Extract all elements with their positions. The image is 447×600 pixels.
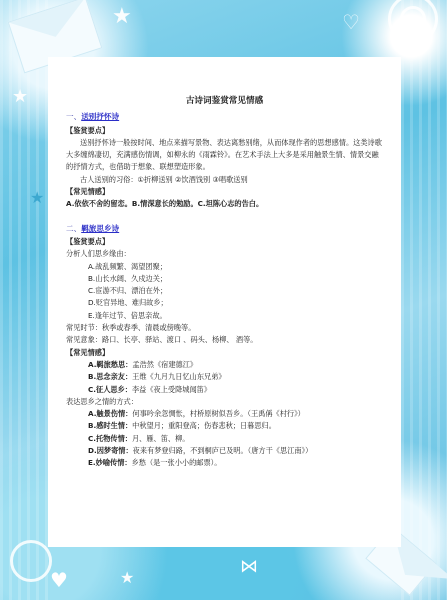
method-item-label: D.因梦寄情： <box>88 446 133 455</box>
emotion-item-label: A.羁旅愁思： <box>88 360 132 369</box>
star-decoration-icon: ★ <box>120 570 134 586</box>
method-item: A.触景伤情：何事吟余忽惆怅，村桥原树似吾乡。（王禹偁《村行》） <box>66 408 383 420</box>
reason-item: E.逢年过节、倍思亲故。 <box>66 310 383 322</box>
customs-line: 古人送别的习俗：①折柳送别 ②饮酒饯别 ③唱歌送别 <box>66 174 383 186</box>
section-heading-link[interactable]: 羁旅思乡诗 <box>81 224 119 233</box>
emotion-item: C.征人思乡：李益《夜上受降城闻笛》 <box>66 384 383 396</box>
emotion-item-label: C.征人思乡： <box>88 385 132 394</box>
star-decoration-icon: ★ <box>112 6 132 28</box>
emotion-item-text: 李益《夜上受降城闻笛》 <box>132 385 211 394</box>
star-decoration-icon: ★ <box>12 88 28 106</box>
appreciation-label: 【鉴赏要点】 <box>66 125 383 137</box>
method-item-label: B.感时生情： <box>88 421 132 430</box>
method-item-label: C.托物传情： <box>88 434 132 443</box>
heart-decoration-icon: ♥ <box>50 568 68 592</box>
section-number: 一、 <box>66 112 81 121</box>
section-gap <box>66 211 383 221</box>
emotion-item: B.思念亲友：王维《九月九日忆山东兄弟》 <box>66 371 383 383</box>
emotion-item-label: B.思念亲友： <box>88 372 132 381</box>
document-page: 古诗词鉴赏常见情感 一、送别抒怀诗 【鉴赏要点】 送别抒怀诗一般按时间、地点来描… <box>48 57 401 547</box>
emotion-item: A.羁旅愁思：孟浩然《宿建德江》 <box>66 359 383 371</box>
emotion-item-text: 孟浩然《宿建德江》 <box>132 360 197 369</box>
emotions-label: 【常见情感】 <box>66 186 383 198</box>
method-item: C.托物传情：月、雁、笛、柳。 <box>66 433 383 445</box>
bow-decoration-icon: ⋈ <box>240 556 258 577</box>
section-heading: 一、送别抒怀诗 <box>66 111 383 123</box>
method-item-text: 中秋望月；重阳登高；伤春悲秋；日暮思归。 <box>132 421 276 430</box>
section-heading: 二、羁旅思乡诗 <box>66 223 383 235</box>
heart-decoration-icon: ♡ <box>342 10 360 34</box>
reason-item: D.贬官异地、难归故乡； <box>66 297 383 309</box>
section-number: 二、 <box>66 224 81 233</box>
star-decoration-icon: ★ <box>396 28 416 50</box>
emotions-label: 【常见情感】 <box>66 347 383 359</box>
reason-item: C.宦游不归、漂泊在外； <box>66 285 383 297</box>
method-item-label: A.触景伤情： <box>88 409 132 418</box>
method-item-text: 月、雁、笛、柳。 <box>132 434 190 443</box>
method-item: E.妙喻传情：乡愁（是一张小小的邮票）。 <box>66 457 383 469</box>
section-farewell-poems: 一、送别抒怀诗 【鉴赏要点】 送别抒怀诗一般按时间、地点来描写景物、表达离愁别绪… <box>66 111 383 210</box>
section-heading-link[interactable]: 送别抒怀诗 <box>81 112 119 121</box>
methods-intro: 表达思乡之情的方式： <box>66 396 383 408</box>
reason-item: B.山长水阔、久戍边关； <box>66 273 383 285</box>
document-title: 古诗词鉴赏常见情感 <box>66 95 383 107</box>
emotions-line: A.依依不舍的留恋。B.情深意长的勉励。C.坦陈心志的告白。 <box>66 198 383 210</box>
method-item: D.因梦寄情：夜来有梦登归路，不到桐庐已及明。（唐方干《思江南》） <box>66 445 383 457</box>
imagery-line: 常见意象：路口、长亭、驿站、渡口 、码头、杨柳、 酒等。 <box>66 334 383 346</box>
seasons-line: 常见时节：秋季或春季、清晨或傍晚等。 <box>66 322 383 334</box>
appreciation-paragraph: 送别抒怀诗一般按时间、地点来描写景物、表达离愁别绪，从而体现作者的思想感情。这类… <box>66 137 383 174</box>
method-item-text: 夜来有梦登归路，不到桐庐已及明。（唐方干《思江南》） <box>133 446 313 455</box>
method-item-text: 何事吟余忽惆怅，村桥原树似吾乡。（王禹偁《村行》） <box>132 409 305 418</box>
reason-item: A.战乱频繁、渴望团聚； <box>66 261 383 273</box>
section-homesick-poems: 二、羁旅思乡诗 【鉴赏要点】 分析人们思乡缘由： A.战乱频繁、渴望团聚； B.… <box>66 223 383 470</box>
ring-decoration-icon <box>10 540 52 582</box>
star-decoration-icon: ★ <box>30 190 44 206</box>
appreciation-label: 【鉴赏要点】 <box>66 236 383 248</box>
emotion-item-text: 王维《九月九日忆山东兄弟》 <box>132 372 225 381</box>
reasons-intro: 分析人们思乡缘由： <box>66 248 383 260</box>
method-item: B.感时生情：中秋望月；重阳登高；伤春悲秋；日暮思归。 <box>66 420 383 432</box>
method-item-text: 乡愁（是一张小小的邮票）。 <box>132 458 222 467</box>
method-item-label: E.妙喻传情： <box>88 458 132 467</box>
frame-right-border <box>401 0 447 600</box>
